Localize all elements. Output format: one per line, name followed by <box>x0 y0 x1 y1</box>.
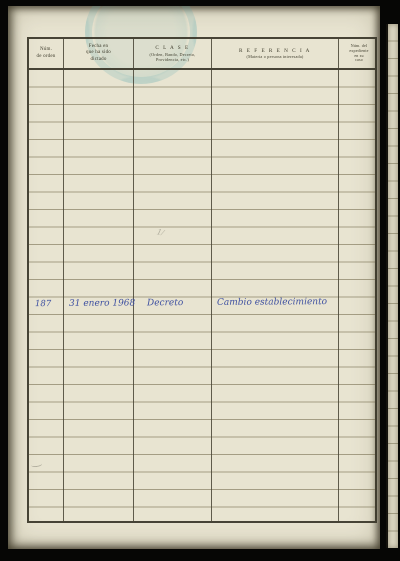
header-line: dictado <box>90 57 106 63</box>
column-header-referencia: R E F E R E N C I A (Materia o persona i… <box>212 39 339 68</box>
column-header-expediente: Núm. del expediente en su caso <box>339 39 379 68</box>
ledger-page: Núm. de orden Fecha en que ha sido dicta… <box>8 6 380 549</box>
entry-reference: Cambio establecimiento <box>217 293 327 312</box>
table-header-row: Núm. de orden Fecha en que ha sido dicta… <box>29 39 375 70</box>
entry-number: 187 <box>35 295 51 313</box>
entry-class: Decreto <box>147 294 183 312</box>
column-header-num: Núm. de orden <box>29 39 64 68</box>
column-header-fecha: Fecha en que ha sido dictado <box>64 39 134 68</box>
column-header-clase: C L A S E (Orden, Bando, Decreto, Provid… <box>134 39 212 68</box>
register-table: Núm. de orden Fecha en que ha sido dicta… <box>27 37 377 523</box>
ledger-entry-row: 187 31 enero 1968 Decreto Cambio estable… <box>29 293 375 313</box>
adjacent-page-edge <box>386 24 398 548</box>
table-body: 187 31 enero 1968 Decreto Cambio estable… <box>29 70 375 523</box>
entry-date: 31 enero 1968 <box>69 294 135 312</box>
pencil-note: 1/ <box>156 226 165 237</box>
header-line: (Materia o persona interesada) <box>246 54 303 59</box>
scan-background: { "table": { "columns": [ { "header_line… <box>0 0 400 561</box>
header-line: Providencia, etc.) <box>156 57 189 62</box>
pencil-scribble <box>31 461 43 467</box>
header-line: de orden <box>37 54 56 60</box>
header-line: caso <box>355 58 363 63</box>
